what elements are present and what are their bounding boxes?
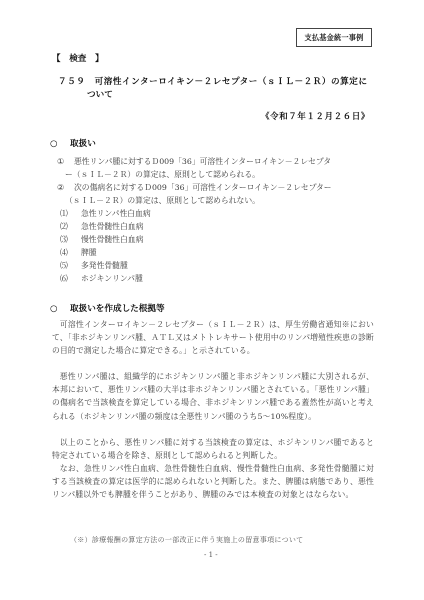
sub-item-number: ⑷	[60, 246, 81, 259]
handling-item-2: ② 次の傷病名に対するＤ009「36」可溶性インターロイキン－２レセプター （ｓ…	[57, 181, 372, 207]
section-heading-label: 取扱い	[70, 139, 96, 149]
item-text-line1: 悪性リンパ腫に対するＤ009「36」可溶性インターロイキン－２レセプタ	[57, 155, 372, 168]
unified-case-badge: 支払基金統一事例	[296, 28, 372, 47]
item-text-line2: （ｓＩＬ－２Ｒ）の算定は、原則として認められない。	[57, 194, 372, 207]
excluded-diagnosis-3: ⑶慢性骨髄性白血病	[60, 233, 143, 246]
rationale-paragraph-1: 可溶性インターロイキン－２レセプター（ｓＩＬ－２Ｒ）は、厚生労働省通知※において…	[52, 318, 374, 358]
document-title: ７５９ 可溶性インターロイキン－２レセプター（ｓＩＬ－２Ｒ）の算定に	[58, 75, 368, 87]
section-heading-label: 取扱いを作成した根拠等	[70, 304, 165, 314]
sub-item-label: 急性リンパ性白血病	[81, 209, 151, 218]
circle-bullet-icon: ○	[50, 304, 70, 314]
sub-item-label: ホジキンリンパ腫	[81, 274, 143, 283]
page-number: - 1 -	[204, 551, 218, 559]
document-title-continuation: ついて	[87, 88, 113, 100]
item-number: ①	[57, 155, 64, 168]
footnote: （※）診療報酬の算定方法の一部改正に伴う実施上の留意事項について	[70, 535, 303, 545]
circle-bullet-icon: ○	[50, 139, 70, 149]
section-heading-rationale: ○取扱いを作成した根拠等	[50, 302, 165, 314]
excluded-diagnosis-1: ⑴急性リンパ性白血病	[60, 207, 151, 220]
excluded-diagnosis-6: ⑹ホジキンリンパ腫	[60, 272, 143, 285]
excluded-diagnosis-5: ⑸多発性骨髄腫	[60, 259, 128, 272]
rationale-paragraph-3: 以上のことから、悪性リンパ腫に対する当該検査の算定は、ホジキンリンパ腫であると特…	[52, 436, 374, 462]
rationale-paragraph-2: 悪性リンパ腫は、組織学的にホジキンリンパ腫と非ホジキンリンパ腫に大別されるが、本…	[52, 370, 374, 423]
sub-item-label: 多発性骨髄腫	[81, 261, 128, 270]
rationale-paragraph-4: なお、急性リンパ性白血病、急性骨髄性白血病、慢性骨髄性白血病、多発性骨髄腫に対す…	[52, 462, 374, 502]
item-text-line2: ー（ｓＩＬ－２Ｒ）の算定は、原則として認められる。	[57, 168, 372, 181]
sub-item-label: 急性骨髄性白血病	[81, 222, 143, 231]
sub-item-label: 脾腫	[81, 248, 97, 257]
excluded-diagnosis-2: ⑵急性骨髄性白血病	[60, 220, 143, 233]
excluded-diagnosis-4: ⑷脾腫	[60, 246, 97, 259]
item-number: ②	[57, 181, 64, 194]
handling-item-1: ① 悪性リンパ腫に対するＤ009「36」可溶性インターロイキン－２レセプタ ー（…	[57, 155, 372, 181]
category-heading: 【 検査 】	[52, 52, 104, 64]
section-heading-handling: ○取扱い	[50, 137, 96, 149]
sub-item-number: ⑵	[60, 220, 81, 233]
sub-item-label: 慢性骨髄性白血病	[81, 235, 143, 244]
issue-date: 《令和７年１２月２６日》	[261, 110, 370, 122]
sub-item-number: ⑶	[60, 233, 81, 246]
item-text-line1: 次の傷病名に対するＤ009「36」可溶性インターロイキン－２レセプター	[57, 181, 372, 194]
sub-item-number: ⑹	[60, 272, 81, 285]
sub-item-number: ⑴	[60, 207, 81, 220]
sub-item-number: ⑸	[60, 259, 81, 272]
